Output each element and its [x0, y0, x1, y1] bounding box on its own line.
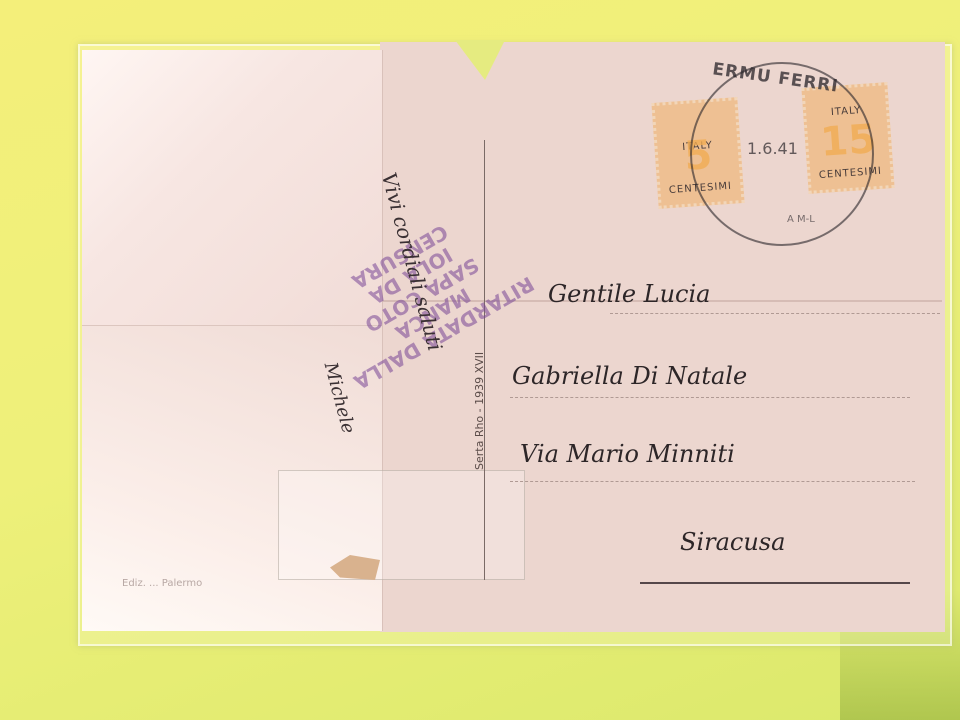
tape-piece [278, 470, 525, 580]
address-line-1 [610, 313, 940, 314]
editor-line: Ediz. ... Palermo [122, 578, 202, 589]
address-line-2 [510, 397, 910, 398]
address-city: Siracusa [680, 528, 785, 556]
postmark: ERMU FERRI 1.6.41 A M-L [690, 62, 874, 246]
address-line-4 [640, 582, 910, 584]
address-street: Via Mario Minniti [520, 440, 735, 468]
address-recipient-name: Gabriella Di Natale [512, 362, 747, 390]
printer-line: Serta Rho - 1939 XVII [473, 352, 486, 470]
address-line-3 [510, 481, 915, 482]
address-recipient-title: Gentile Lucia [548, 280, 710, 308]
